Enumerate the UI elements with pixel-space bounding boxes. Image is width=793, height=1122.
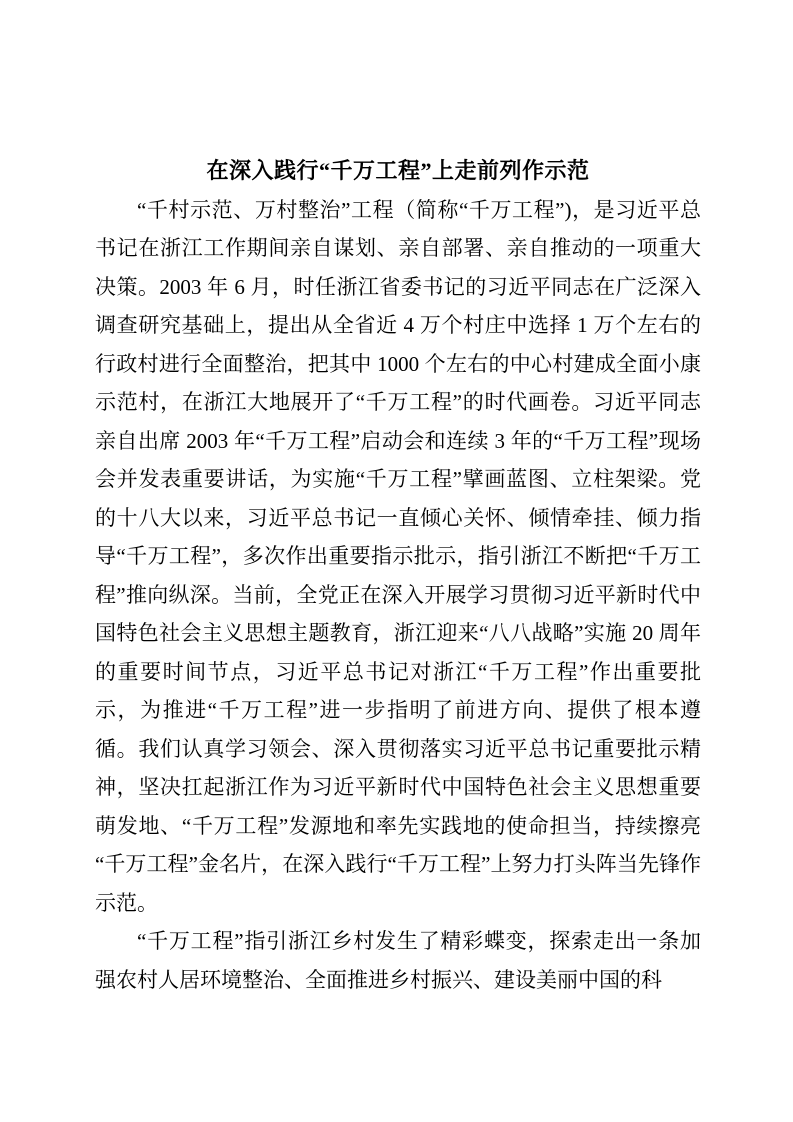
paragraph-2: “千万工程”指引浙江乡村发生了精彩蝶变，探索走出一条加强农村人居环境整治、全面推… [95, 922, 701, 999]
document-title: 在深入践行“千万工程”上走前列作示范 [95, 152, 701, 191]
paragraph-1: “千村示范、万村整治”工程（简称“千万工程”)，是习近平总书记在浙江工作期间亲自… [95, 191, 701, 923]
document-page: 在深入践行“千万工程”上走前列作示范 “千村示范、万村整治”工程（简称“千万工程… [0, 0, 793, 1122]
